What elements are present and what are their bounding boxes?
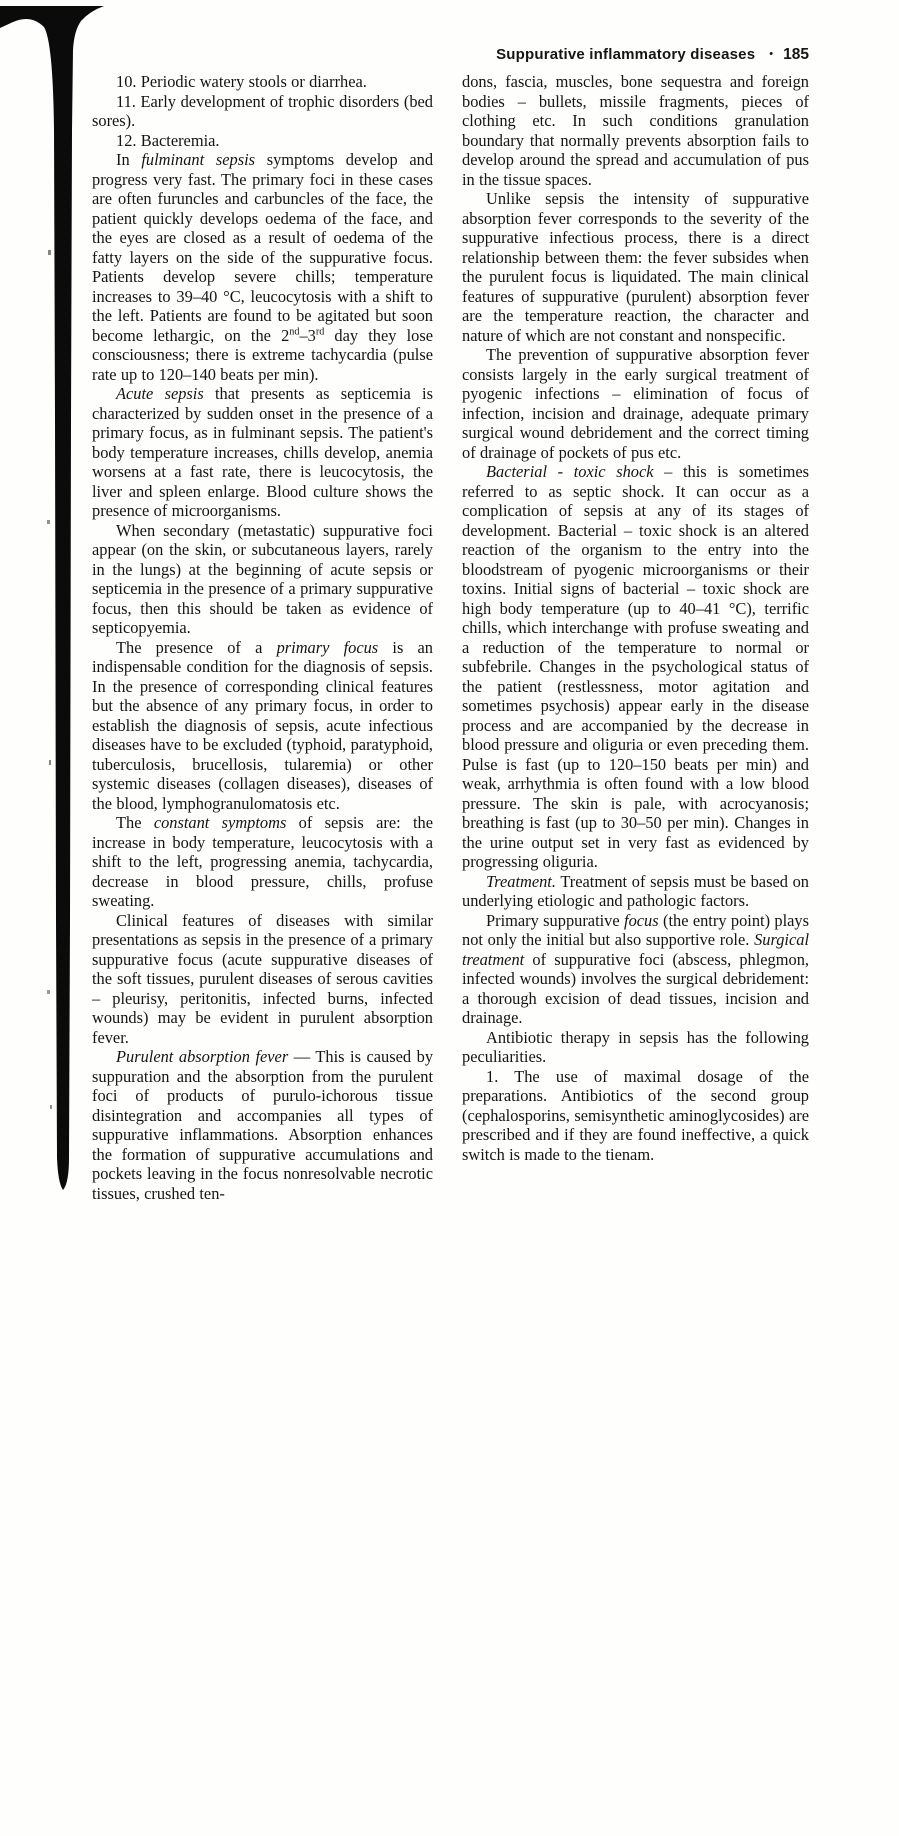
paragraph-continuation: dons, fascia, muscles, bone sequestra an… bbox=[462, 72, 809, 189]
scanned-book-page: Suppurative inflammatory diseases•185 10… bbox=[0, 0, 899, 1836]
paragraph-bacterial-toxic-shock: Bacterial - toxic shock – this is someti… bbox=[462, 462, 809, 872]
paragraph-unlike-sepsis: Unlike sepsis the intensity of suppurati… bbox=[462, 189, 809, 345]
paragraph-constant-symptoms: The constant symptoms of sepsis are: the… bbox=[92, 813, 433, 911]
list-item-11: 11. Early development of trophic disorde… bbox=[92, 92, 433, 131]
paragraph-prevention: The prevention of suppurative absorption… bbox=[462, 345, 809, 462]
paragraph-secondary-foci: When secondary (metastatic) suppurative … bbox=[92, 521, 433, 638]
paragraph-treatment: Treatment. Treatment of sepsis must be b… bbox=[462, 872, 809, 911]
running-head: Suppurative inflammatory diseases•185 bbox=[462, 46, 809, 64]
paragraph-purulent-absorption-fever: Purulent absorption fever — This is caus… bbox=[92, 1047, 433, 1203]
page-number: 185 bbox=[783, 46, 809, 63]
paragraph-clinical-features: Clinical features of diseases with simil… bbox=[92, 911, 433, 1048]
paragraph-acute-sepsis: Acute sepsis that presents as septicemia… bbox=[92, 384, 433, 521]
paragraph-fulminant-sepsis: In fulminant sepsis symptoms develop and… bbox=[92, 150, 433, 384]
list-item-10: 10. Periodic watery stools or diarrhea. bbox=[92, 72, 433, 92]
paragraph-antibiotic-therapy: Antibiotic therapy in sepsis has the fol… bbox=[462, 1028, 809, 1067]
header-bullet: • bbox=[769, 48, 773, 60]
right-text-column: dons, fascia, muscles, bone sequestra an… bbox=[462, 72, 809, 1164]
paragraph-maximal-dosage: 1. The use of maximal dosage of the prep… bbox=[462, 1067, 809, 1165]
list-item-12: 12. Bacteremia. bbox=[92, 131, 433, 151]
chapter-title: Suppurative inflammatory diseases bbox=[496, 46, 755, 63]
left-text-column: 10. Periodic watery stools or diarrhea. … bbox=[92, 72, 433, 1203]
paragraph-primary-focus: The presence of a primary focus is an in… bbox=[92, 638, 433, 814]
paragraph-surgical-treatment: Primary suppurative focus (the entry poi… bbox=[462, 911, 809, 1028]
